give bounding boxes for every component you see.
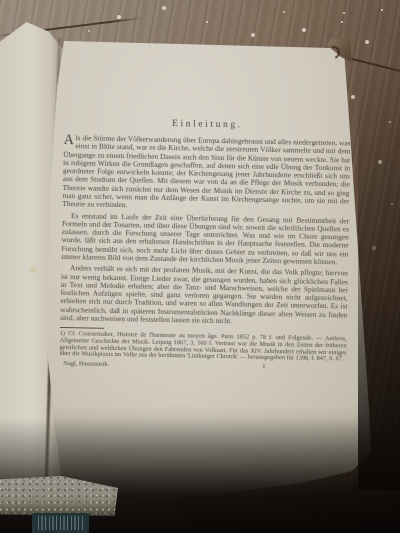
footnote: 1) Cf. Coussemaker, Histoire de l'harmon… [59, 331, 346, 364]
paper-stain [28, 266, 37, 273]
drop-cap: A [63, 134, 75, 146]
paragraph-text: ls die Stürme der Völkerwanderung über E… [62, 133, 350, 209]
photo-scene: Einleitung. Als die Stürme der Völkerwan… [0, 0, 400, 533]
footnote-separator [60, 327, 104, 329]
paragraph: Als die Stürme der Völkerwanderung über … [62, 134, 350, 214]
paragraph: Anders verhält es sich mit der profanen … [60, 264, 348, 327]
barcode-bars [38, 516, 85, 530]
paragraph: Es entstand im Laufe der Zeit eine Überl… [61, 212, 349, 267]
sheet-number: 1 [262, 363, 265, 370]
page-text-block: Einleitung. Als die Stürme der Völkerwan… [59, 117, 351, 374]
signature-title: Nagl, Hausmusik. [63, 360, 109, 368]
barcode-sticker [32, 513, 89, 533]
paint-specks [0, 0, 2, 2]
